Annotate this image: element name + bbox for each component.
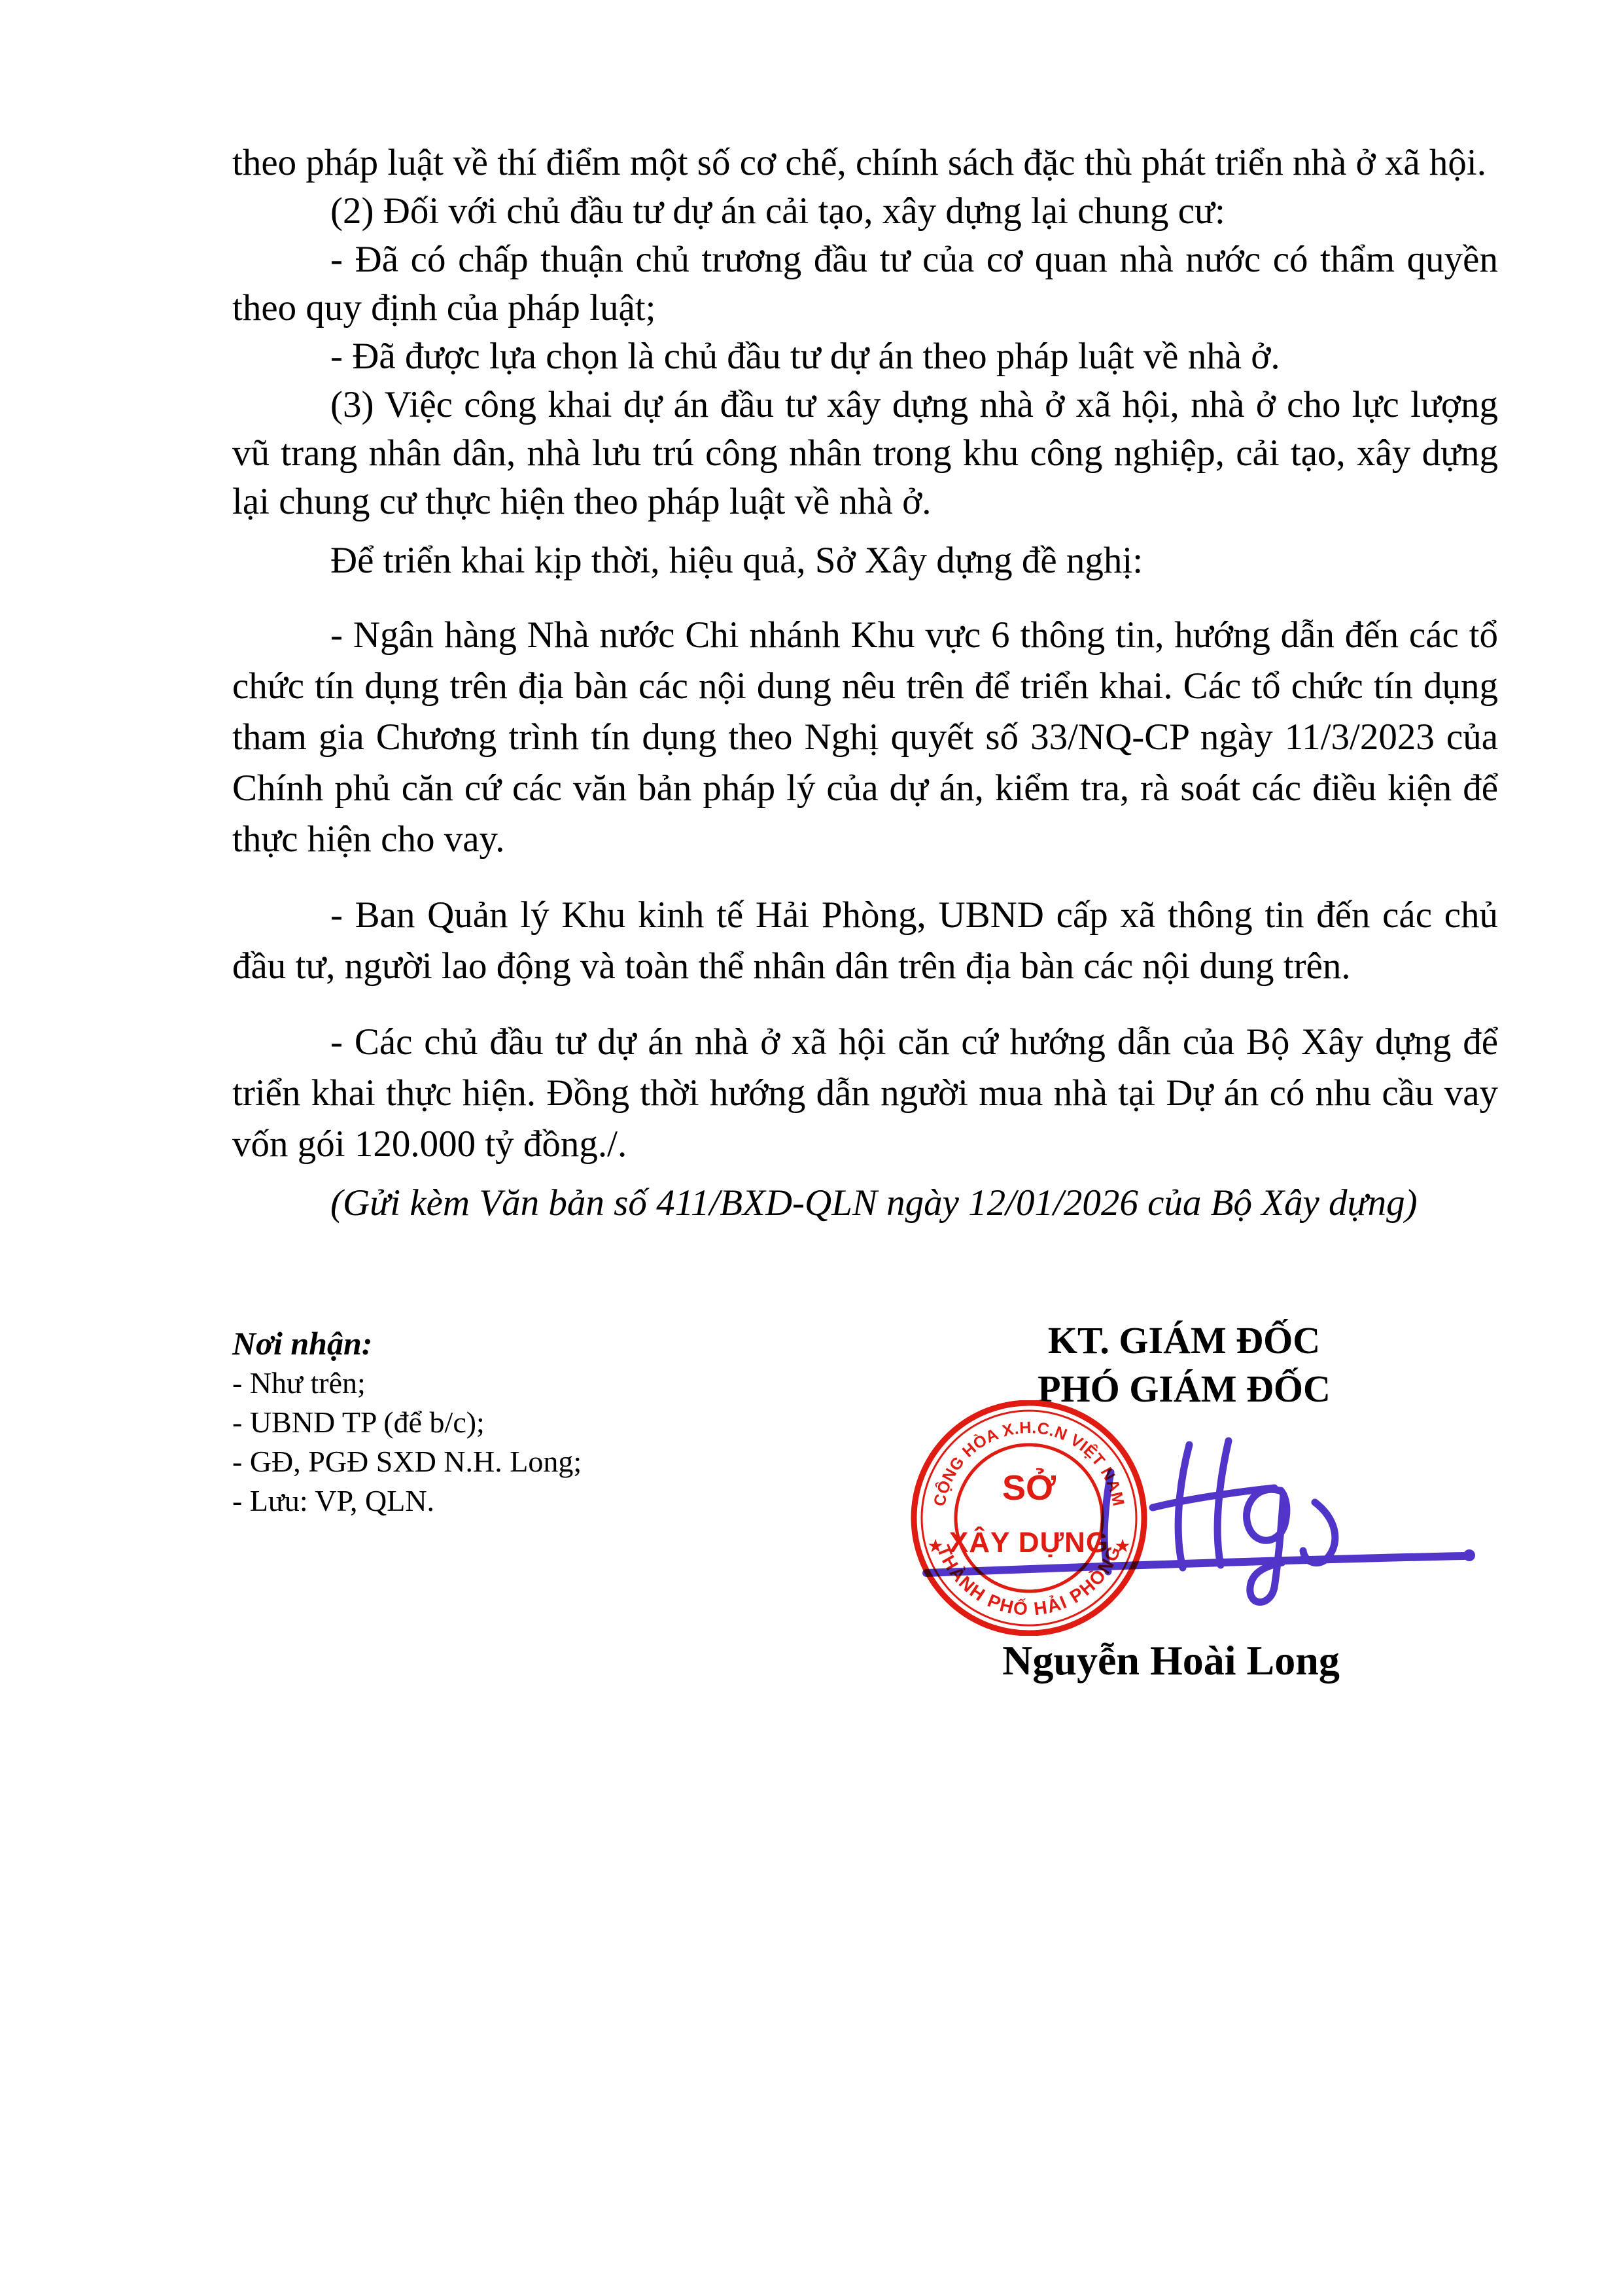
paragraph-bullet: - Các chủ đầu tư dự án nhà ở xã hội căn … bbox=[232, 1017, 1498, 1170]
recipient-item: - GĐ, PGĐ SXD N.H. Long; bbox=[232, 1442, 821, 1481]
attachment-note: (Gửi kèm Văn bản số 411/BXD-QLN ngày 12/… bbox=[232, 1178, 1498, 1229]
recipient-item: - Lưu: VP, QLN. bbox=[232, 1481, 821, 1521]
paragraph-bullet: - Đã được lựa chọn là chủ đầu tư dự án t… bbox=[232, 332, 1498, 381]
document-page: theo pháp luật về thí điểm một số cơ chế… bbox=[0, 0, 1623, 2296]
recipient-item: - UBND TP (để b/c); bbox=[232, 1403, 821, 1442]
signature-scribble bbox=[916, 1421, 1505, 1617]
paragraph-bullet: - Ngân hàng Nhà nước Chi nhánh Khu vực 6… bbox=[232, 610, 1498, 865]
signing-authority-line: KT. GIÁM ĐỐC bbox=[968, 1316, 1400, 1365]
signature-stroke bbox=[1217, 1441, 1229, 1565]
signature-underline bbox=[926, 1556, 1464, 1573]
paragraph-request: Để triển khai kịp thời, hiệu quả, Sở Xây… bbox=[232, 537, 1498, 585]
signature-stroke bbox=[1178, 1445, 1189, 1568]
recipient-item: - Như trên; bbox=[232, 1364, 821, 1403]
signature-stroke bbox=[1104, 1472, 1111, 1572]
recipients-label: Nơi nhận: bbox=[232, 1323, 821, 1364]
signer-name: Nguyễn Hoài Long bbox=[949, 1634, 1393, 1687]
signing-block: KT. GIÁM ĐỐC PHÓ GIÁM ĐỐC bbox=[968, 1316, 1400, 1413]
paragraph-bullet: - Ban Quản lý Khu kinh tế Hải Phòng, UBN… bbox=[232, 890, 1498, 992]
recipients-block: Nơi nhận: - Như trên; - UBND TP (để b/c)… bbox=[232, 1323, 821, 1521]
signature-stroke bbox=[1303, 1502, 1335, 1563]
paragraph-item-3: (3) Việc công khai dự án đầu tư xây dựng… bbox=[232, 381, 1498, 526]
paragraph-continuation: theo pháp luật về thí điểm một số cơ chế… bbox=[232, 139, 1498, 187]
paragraph-item-2: (2) Đối với chủ đầu tư dự án cải tạo, xâ… bbox=[232, 187, 1498, 236]
paragraph-bullet: - Đã có chấp thuận chủ trương đầu tư của… bbox=[232, 236, 1498, 332]
document-body: theo pháp luật về thí điểm một số cơ chế… bbox=[232, 139, 1498, 1229]
signature-stroke bbox=[1250, 1494, 1283, 1602]
signature-end-dot bbox=[1463, 1549, 1475, 1561]
